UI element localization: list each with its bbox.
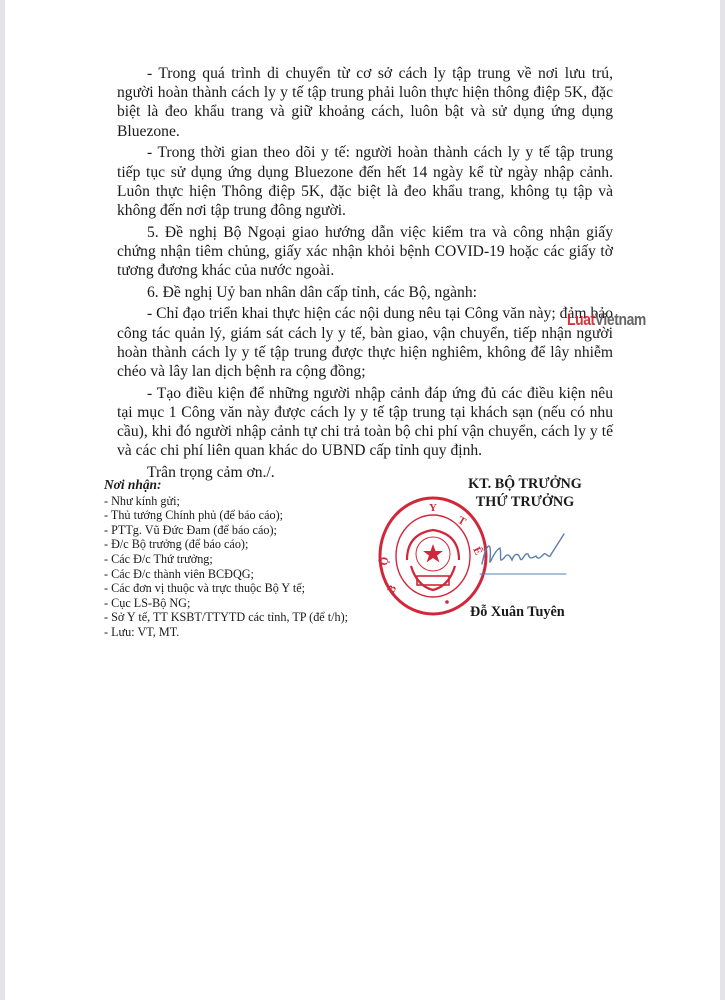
watermark-logo: LuatVietnam: [567, 311, 646, 328]
recipient-item: - Như kính gửi;: [104, 494, 404, 509]
recipient-item: - Các Đ/c thành viên BCĐQG;: [104, 567, 404, 582]
recipients-list: - Như kính gửi; - Thủ tướng Chính phủ (đ…: [104, 494, 404, 640]
paragraph-item-5: 5. Đề nghị Bộ Ngoại giao hướng dẫn việc …: [117, 223, 613, 281]
page-edge-left: [0, 0, 5, 1000]
signature-title-line-2: THỨ TRƯỞNG: [430, 493, 620, 511]
handwritten-signature-icon: [478, 530, 568, 585]
watermark-part-2: Vietnam: [595, 310, 646, 329]
recipient-item: - Các Đ/c Thứ trưởng;: [104, 552, 404, 567]
page-edge-right: [720, 0, 725, 1000]
svg-text:T: T: [456, 514, 469, 528]
recipients-block: Nơi nhận: - Như kính gửi; - Thủ tướng Ch…: [104, 478, 404, 640]
recipient-item: - Các đơn vị thuộc và trực thuộc Bộ Y tế…: [104, 581, 404, 596]
recipients-title: Nơi nhận:: [104, 478, 404, 493]
paragraph-direct-implementation: - Chỉ đạo triển khai thực hiện các nội d…: [117, 304, 613, 381]
document-page: - Trong quá trình di chuyển từ cơ sở các…: [0, 0, 725, 1000]
paragraph-hotel-quarantine: - Tạo điều kiện để những người nhập cảnh…: [117, 384, 613, 461]
signature-title-line-1: KT. BỘ TRƯỞNG: [430, 475, 620, 493]
recipient-item: - PTTg. Vũ Đức Đam (để báo cáo);: [104, 523, 404, 538]
paragraph-movement-5k: - Trong quá trình di chuyển từ cơ sở các…: [117, 64, 613, 141]
signer-name: Đỗ Xuân Tuyên: [470, 604, 565, 621]
paragraph-medical-monitoring: - Trong thời gian theo dõi y tế: người h…: [117, 143, 613, 220]
watermark-part-1: Luat: [567, 310, 595, 329]
recipient-item: - Cục LS-Bộ NG;: [104, 596, 404, 611]
signature-title-block: KT. BỘ TRƯỞNG THỨ TRƯỞNG: [430, 475, 620, 511]
recipient-item: - Lưu: VT, MT.: [104, 625, 404, 640]
document-body: - Trong quá trình di chuyển từ cơ sở các…: [117, 64, 613, 485]
paragraph-item-6: 6. Đề nghị Uỷ ban nhân dân cấp tỉnh, các…: [117, 283, 613, 302]
recipient-item: - Đ/c Bộ trưởng (để báo cáo);: [104, 537, 404, 552]
recipient-item: - Thủ tướng Chính phủ (để báo cáo);: [104, 508, 404, 523]
recipient-item: - Sở Y tế, TT KSBT/TTYTD các tỉnh, TP (đ…: [104, 610, 404, 625]
svg-text:Ộ: Ộ: [377, 555, 391, 566]
svg-text:B: B: [385, 583, 399, 596]
